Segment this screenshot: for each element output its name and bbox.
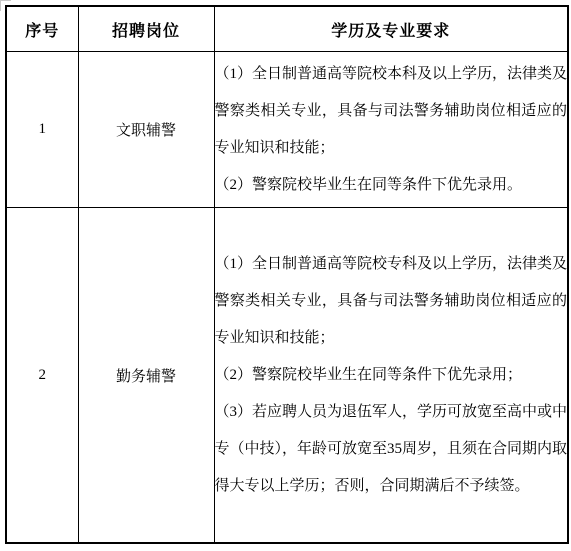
row1-requirement-2: （2）警察院校毕业生在同等条件下优先录用。 [215, 167, 568, 204]
recruitment-table: 序号 招聘岗位 学历及专业要求 1 文职辅警 （1）全日制普通高等院校本科及以上… [5, 5, 569, 544]
header-serial-number: 序号 [6, 6, 78, 52]
row2-position: 勤务辅警 [78, 208, 214, 544]
row2-requirements: （1）全日制普通高等院校专科及以上学历，法律类及警察类相关专业，具备与司法警务辅… [214, 208, 568, 544]
table-row: 1 文职辅警 （1）全日制普通高等院校本科及以上学历，法律类及警察类相关专业，具… [6, 52, 568, 208]
header-position: 招聘岗位 [78, 6, 214, 52]
table-header-row: 序号 招聘岗位 学历及专业要求 [6, 6, 568, 52]
row1-serial-number: 1 [6, 52, 78, 208]
row2-serial-number: 2 [6, 208, 78, 544]
table-row: 2 勤务辅警 （1）全日制普通高等院校专科及以上学历，法律类及警察类相关专业，具… [6, 208, 568, 544]
row2-requirement-1: （1）全日制普通高等院校专科及以上学历，法律类及警察类相关专业，具备与司法警务辅… [215, 246, 568, 357]
header-requirements: 学历及专业要求 [214, 6, 568, 52]
row2-requirement-3: （3）若应聘人员为退伍军人，学历可放宽至高中或中专（中技），年龄可放宽至35周岁… [215, 394, 568, 505]
row1-position: 文职辅警 [78, 52, 214, 208]
row1-requirements: （1）全日制普通高等院校本科及以上学历，法律类及警察类相关专业，具备与司法警务辅… [214, 52, 568, 208]
row1-requirement-1: （1）全日制普通高等院校本科及以上学历，法律类及警察类相关专业，具备与司法警务辅… [215, 56, 568, 167]
recruitment-table-container: 序号 招聘岗位 学历及专业要求 1 文职辅警 （1）全日制普通高等院校本科及以上… [5, 5, 569, 544]
row2-requirement-2: （2）警察院校毕业生在同等条件下优先录用； [215, 357, 568, 394]
